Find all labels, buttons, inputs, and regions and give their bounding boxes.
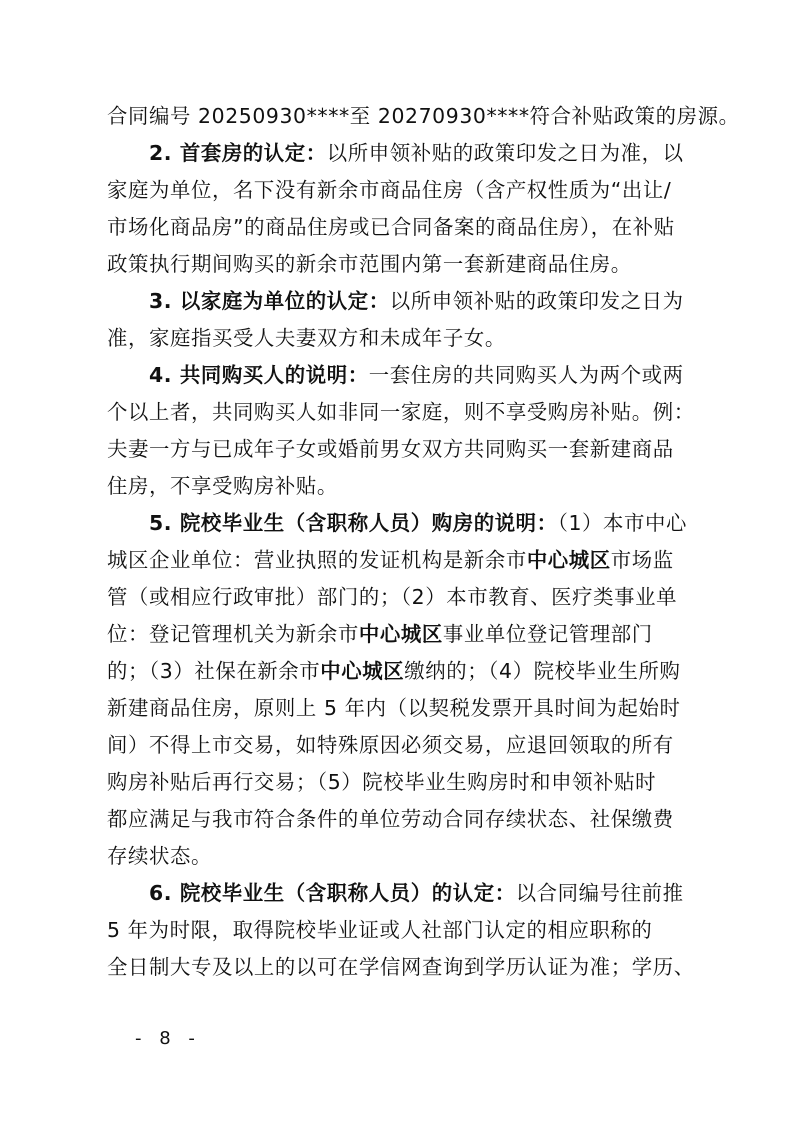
page-number: - 8 -	[135, 1028, 201, 1049]
text-line: 全日制大专及以上的以可在学信网查询到学历认证为准；学历、	[107, 949, 685, 986]
body-text: 存续状态。	[107, 844, 212, 868]
body-text: 间）不得上市交易，如特殊原因必须交易，应退回领取的所有	[107, 733, 674, 757]
body-text: 家庭为单位，名下没有新余市商品住房（含产权性质为“出让/	[107, 178, 671, 202]
text-line: 4. 共同购买人的说明：一套住房的共同购买人为两个或两	[107, 357, 685, 394]
body-text: 城区企业单位：营业执照的发证机构是新余市	[107, 548, 527, 572]
text-line: 6. 院校毕业生（含职称人员）的认定：以合同编号往前推	[107, 875, 685, 912]
text-line: 5. 院校毕业生（含职称人员）购房的说明：（1）本市中心	[107, 505, 685, 542]
body-text: 以所申领补贴的政策印发之日为准，以	[327, 141, 684, 165]
body-text: 事业单位登记管理部门	[443, 622, 653, 646]
text-line: 城区企业单位：营业执照的发证机构是新余市中心城区市场监	[107, 542, 685, 579]
bold-text: 中心城区	[359, 622, 443, 646]
body-text: 夫妻一方与已成年子女或婚前男女双方共同购买一套新建商品	[107, 437, 674, 461]
text-line: 2. 首套房的认定：以所申领补贴的政策印发之日为准，以	[107, 135, 685, 172]
body-text: 市场化商品房”的商品住房或已合同备案的商品住房），在补贴	[107, 215, 675, 239]
body-text: 全日制大专及以上的以可在学信网查询到学历认证为准；学历、	[107, 955, 695, 979]
bold-text: 3. 以家庭为单位的认定：	[149, 289, 390, 313]
body-text: 都应满足与我市符合条件的单位劳动合同存续状态、社保缴费	[107, 807, 674, 831]
text-line: 购房补贴后再行交易；（5）院校毕业生购房时和申领补贴时	[107, 764, 685, 801]
text-line: 5 年为时限，取得院校毕业证或人社部门认定的相应职称的	[107, 912, 685, 949]
bold-text: 6. 院校毕业生（含职称人员）的认定：	[149, 881, 516, 905]
text-line: 合同编号 20250930****至 20270930****符合补贴政策的房源…	[107, 98, 685, 135]
bold-text: 中心城区	[320, 659, 404, 683]
text-line: 新建商品住房，原则上 5 年内（以契税发票开具时间为起始时	[107, 690, 685, 727]
body-text: 位：登记管理机关为新余市	[107, 622, 359, 646]
text-line: 准，家庭指买受人夫妻双方和未成年子女。	[107, 320, 685, 357]
body-text: 以合同编号往前推	[516, 881, 684, 905]
body-text: 合同编号 20250930****至 20270930****符合补贴政策的房源…	[107, 104, 740, 128]
body-text: 购房补贴后再行交易；（5）院校毕业生购房时和申领补贴时	[107, 770, 656, 794]
bold-text: 4. 共同购买人的说明：	[149, 363, 369, 387]
body-text: 5 年为时限，取得院校毕业证或人社部门认定的相应职称的	[107, 918, 652, 942]
text-line: 市场化商品房”的商品住房或已合同备案的商品住房），在补贴	[107, 209, 685, 246]
document-body: 合同编号 20250930****至 20270930****符合补贴政策的房源…	[107, 98, 685, 986]
body-text: 个以上者，共同购买人如非同一家庭，则不享受购房补贴。例：	[107, 400, 695, 424]
text-line: 政策执行期间购买的新余市范围内第一套新建商品住房。	[107, 246, 685, 283]
text-line: 3. 以家庭为单位的认定：以所申领补贴的政策印发之日为	[107, 283, 685, 320]
bold-text: 中心城区	[527, 548, 611, 572]
bold-text: 5. 院校毕业生（含职称人员）购房的说明：	[149, 511, 558, 535]
body-text: 政策执行期间购买的新余市范围内第一套新建商品住房。	[107, 252, 632, 276]
text-line: 存续状态。	[107, 838, 685, 875]
text-line: 的；（3）社保在新余市中心城区缴纳的；（4）院校毕业生所购	[107, 653, 685, 690]
body-text: 住房，不享受购房补贴。	[107, 474, 338, 498]
body-text: 一套住房的共同购买人为两个或两	[369, 363, 684, 387]
body-text: 以所申领补贴的政策印发之日为	[390, 289, 684, 313]
text-line: 家庭为单位，名下没有新余市商品住房（含产权性质为“出让/	[107, 172, 685, 209]
body-text: 缴纳的；（4）院校毕业生所购	[404, 659, 680, 683]
body-text: 管（或相应行政审批）部门的；（2）本市教育、医疗类事业单	[107, 585, 677, 609]
text-line: 住房，不享受购房补贴。	[107, 468, 685, 505]
text-line: 个以上者，共同购买人如非同一家庭，则不享受购房补贴。例：	[107, 394, 685, 431]
text-line: 夫妻一方与已成年子女或婚前男女双方共同购买一套新建商品	[107, 431, 685, 468]
body-text: 市场监	[611, 548, 674, 572]
text-line: 间）不得上市交易，如特殊原因必须交易，应退回领取的所有	[107, 727, 685, 764]
body-text: （1）本市中心	[558, 511, 687, 535]
bold-text: 2. 首套房的认定：	[149, 141, 327, 165]
body-text: 的；（3）社保在新余市	[107, 659, 320, 683]
text-line: 位：登记管理机关为新余市中心城区事业单位登记管理部门	[107, 616, 685, 653]
body-text: 新建商品住房，原则上 5 年内（以契税发票开具时间为起始时	[107, 696, 681, 720]
text-line: 管（或相应行政审批）部门的；（2）本市教育、医疗类事业单	[107, 579, 685, 616]
text-line: 都应满足与我市符合条件的单位劳动合同存续状态、社保缴费	[107, 801, 685, 838]
body-text: 准，家庭指买受人夫妻双方和未成年子女。	[107, 326, 506, 350]
